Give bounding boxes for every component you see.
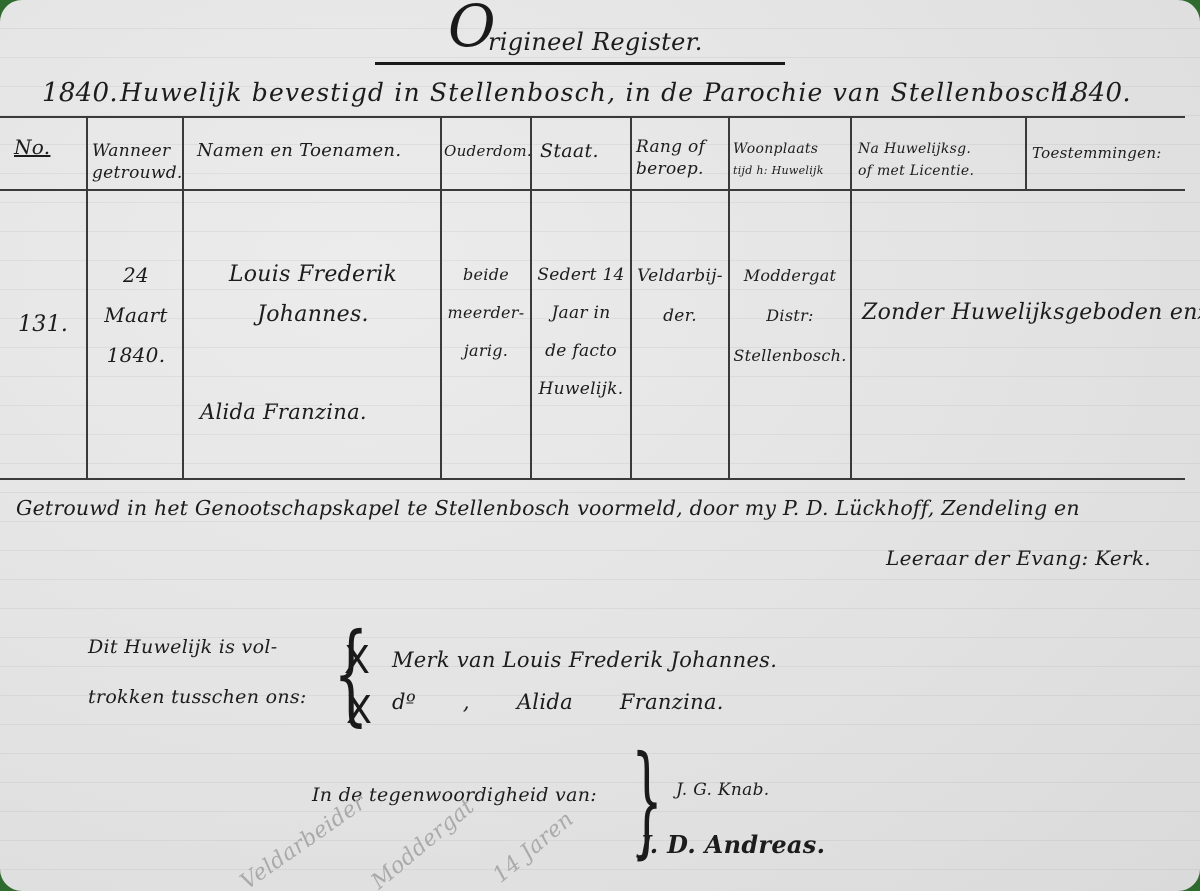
header-status: Staat.	[540, 140, 599, 162]
pencil-note: Moddergat	[367, 794, 480, 891]
entry-number: 131.	[18, 305, 68, 345]
table-top-border	[0, 116, 1185, 118]
subtitle-year-left: 1840.	[42, 78, 118, 108]
entry-residence: Moddergat Distr: Stellenbosch.	[730, 256, 850, 376]
parties-label-line-1: Dit Huwelijk is vol-	[88, 636, 277, 658]
header-age: Ouderdom.	[444, 140, 532, 162]
header-date: Wanneer getrouwd.	[92, 140, 183, 184]
groom-mark-text: Merk van Louis Frederik Johannes.	[392, 648, 777, 672]
header-residence: Woonplaats tijd h: Huwelijk	[733, 138, 824, 182]
header-consent: Toestemmingen:	[1032, 142, 1162, 164]
header-no: No.	[14, 136, 50, 158]
entry-occupation: Veldarbij- der.	[632, 256, 728, 336]
col-divider	[86, 116, 88, 480]
page-heading: rigineel Register.	[488, 28, 703, 56]
pencil-note: Veldarbeider	[236, 790, 371, 891]
parties-label-line-2: trokken tusschen ons:	[88, 686, 307, 708]
header-banns: Na Huwelijksg. of met Licentie.	[858, 138, 974, 182]
officiant-line-1: Getrouwd in het Genootschapskapel te Ste…	[16, 496, 1080, 520]
table-bottom-border	[0, 478, 1185, 480]
officiant-line-2: Leeraar der Evang: Kerk.	[886, 546, 1151, 570]
groom-mark-x: X	[344, 638, 370, 682]
register-page: O rigineel Register. 1840. Huwelijk beve…	[0, 0, 1200, 891]
heading-underline	[375, 62, 785, 65]
pencil-note: 14 Jaren	[488, 807, 578, 889]
col-divider	[1025, 116, 1027, 190]
entry-age: beide meerder- jarig.	[442, 256, 530, 370]
header-names: Namen en Toenamen.	[197, 140, 401, 162]
witness-name-1: J. G. Knab.	[676, 780, 769, 800]
subtitle-year-right: 1840.	[1055, 78, 1131, 108]
entry-date: 24 Maart 1840.	[92, 255, 180, 375]
entry-banns: Zonder Huwelijksgeboden enz:	[862, 300, 1200, 325]
col-divider	[850, 116, 852, 480]
bride-mark-x: X	[346, 688, 372, 732]
bride-name: Alida Franzina.	[200, 400, 367, 424]
entry-status: Sedert 14 Jaar in de facto Huwelijk.	[532, 256, 630, 408]
header-occupation: Rang of beroep.	[636, 136, 705, 180]
groom-name: Louis Frederik Johannes.	[198, 255, 428, 335]
table-header-border	[0, 189, 1185, 191]
bride-mark-text: dº , Alida Franzina.	[392, 690, 724, 714]
witness-name-2: J. D. Andreas.	[640, 830, 825, 859]
subtitle-text: Huwelijk bevestigd in Stellenbosch, in d…	[120, 78, 1077, 107]
